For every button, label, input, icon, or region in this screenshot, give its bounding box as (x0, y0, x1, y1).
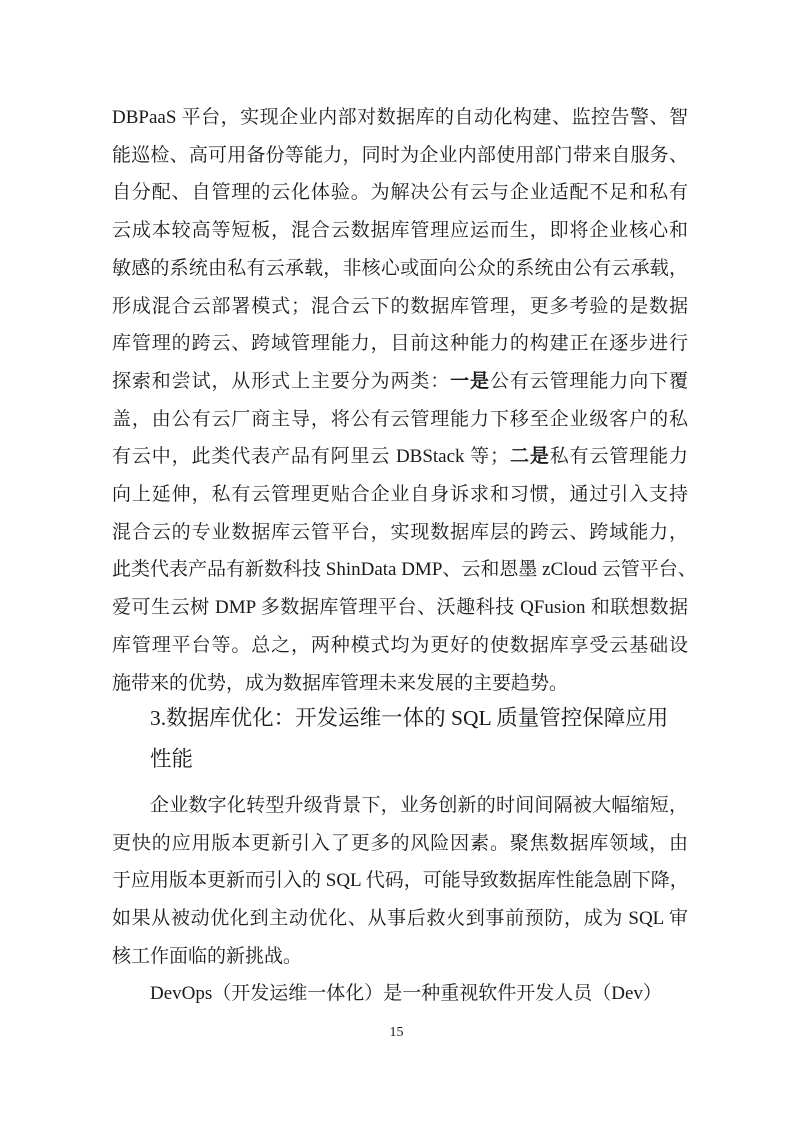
text-line: 更快的应用版本更新引入了更多的风险因素。聚焦数据库领域，由 (112, 825, 688, 863)
text-run: DevOps（开发运维一体化）是一种重视软件开发人员（Dev） (150, 983, 662, 1004)
text-line: 探索和尝试，从形式上主要分为两类：一是公有云管理能力向下覆 (112, 363, 688, 401)
text-run: 私有云管理能力 (550, 446, 688, 467)
text-run: 性能 (150, 747, 193, 771)
text-run: 有云中，此类代表产品有阿里云 DBStack 等； (112, 446, 509, 467)
text-run: 公有云管理能力向下覆 (490, 371, 688, 392)
text-line: 能巡检、高可用备份等能力，同时为企业内部使用部门带来自服务、 (112, 137, 688, 175)
text-line: 有云中，此类代表产品有阿里云 DBStack 等；二是私有云管理能力 (112, 438, 688, 476)
text-line: 敏感的系统由私有云承载，非核心或面向公众的系统由公有云承载， (112, 250, 688, 288)
paragraph-devops-intro: DevOps（开发运维一体化）是一种重视软件开发人员（Dev） (112, 975, 688, 1013)
bold-text-run: 二是 (509, 446, 550, 467)
text-run: 向上延伸，私有云管理更贴合企业自身诉求和习惯，通过引入支持 (112, 484, 688, 505)
text-run: DBPaaS 平台，实现企业内部对数据库的自动化构建、监控告警、智 (112, 107, 688, 128)
text-run: 3.数据库优化：开发运维一体的 SQL 质量管控保障应用 (150, 706, 668, 730)
text-line: 自分配、自管理的云化体验。为解决公有云与企业适配不足和私有 (112, 174, 688, 212)
text-line: DevOps（开发运维一体化）是一种重视软件开发人员（Dev） (112, 975, 688, 1013)
text-run: 此类代表产品有新数科技 ShinData DMP、云和恩墨 zCloud 云管平… (112, 559, 697, 580)
text-run: 能巡检、高可用备份等能力，同时为企业内部使用部门带来自服务、 (112, 145, 688, 166)
text-run: 敏感的系统由私有云承载，非核心或面向公众的系统由公有云承载， (112, 258, 688, 279)
text-line: 向上延伸，私有云管理更贴合企业自身诉求和习惯，通过引入支持 (112, 476, 688, 514)
text-line: 库管理平台等。总之，两种模式均为更好的使数据库享受云基础设 (112, 627, 688, 665)
text-line: 性能 (150, 739, 693, 780)
text-line: 企业数字化转型升级背景下，业务创新的时间间隔被大幅缩短， (112, 787, 688, 825)
document-page: DBPaaS 平台，实现企业内部对数据库的自动化构建、监控告警、智能巡检、高可用… (0, 0, 793, 1122)
text-line: DBPaaS 平台，实现企业内部对数据库的自动化构建、监控告警、智 (112, 99, 688, 137)
text-run: 更快的应用版本更新引入了更多的风险因素。聚焦数据库领域，由 (112, 833, 688, 854)
text-run: 如果从被动优化到主动优化、从事后救火到事前预防，成为 SQL 审 (112, 908, 688, 929)
text-line: 核工作面临的新挑战。 (112, 938, 688, 976)
text-run: 探索和尝试，从形式上主要分为两类： (112, 371, 450, 392)
text-line: 混合云的专业数据库云管平台，实现数据库层的跨云、跨域能力， (112, 514, 688, 552)
text-line: 如果从被动优化到主动优化、从事后救火到事前预防，成为 SQL 审 (112, 900, 688, 938)
text-run: 于应用版本更新而引入的 SQL 代码，可能导致数据库性能急剧下降， (112, 870, 689, 891)
section-heading-database-optimization: 3.数据库优化：开发运维一体的 SQL 质量管控保障应用性能 (150, 698, 693, 780)
text-run: 自分配、自管理的云化体验。为解决公有云与企业适配不足和私有 (112, 182, 688, 203)
text-run: 云成本较高等短板，混合云数据库管理应运而生，即将企业核心和 (112, 220, 688, 241)
text-line: 于应用版本更新而引入的 SQL 代码，可能导致数据库性能急剧下降， (112, 862, 688, 900)
text-run: 爱可生云树 DMP 多数据库管理平台、沃趣科技 QFusion 和联想数据 (112, 597, 688, 618)
text-line: 爱可生云树 DMP 多数据库管理平台、沃趣科技 QFusion 和联想数据 (112, 589, 688, 627)
text-run: 核工作面临的新挑战。 (112, 946, 302, 967)
bold-text-run: 一是 (450, 371, 490, 392)
text-run: 库管理的跨云、跨域管理能力，目前这种能力的构建正在逐步进行 (112, 333, 688, 354)
text-line: 3.数据库优化：开发运维一体的 SQL 质量管控保障应用 (150, 698, 693, 739)
text-run: 形成混合云部署模式；混合云下的数据库管理，更多考验的是数据 (112, 296, 688, 317)
paragraph-sql-quality-control: 企业数字化转型升级背景下，业务创新的时间间隔被大幅缩短，更快的应用版本更新引入了… (112, 787, 688, 976)
text-line: 盖，由公有云厂商主导，将公有云管理能力下移至企业级客户的私 (112, 401, 688, 439)
text-line: 库管理的跨云、跨域管理能力，目前这种能力的构建正在逐步进行 (112, 325, 688, 363)
text-line: 此类代表产品有新数科技 ShinData DMP、云和恩墨 zCloud 云管平… (112, 551, 688, 589)
text-run: 施带来的优势，成为数据库管理未来发展的主要趋势。 (112, 673, 568, 694)
text-run: 库管理平台等。总之，两种模式均为更好的使数据库享受云基础设 (112, 635, 688, 656)
text-run: 混合云的专业数据库云管平台，实现数据库层的跨云、跨域能力， (112, 522, 688, 543)
paragraph-dbpaas-hybrid-cloud: DBPaaS 平台，实现企业内部对数据库的自动化构建、监控告警、智能巡检、高可用… (112, 99, 688, 702)
text-line: 形成混合云部署模式；混合云下的数据库管理，更多考验的是数据 (112, 288, 688, 326)
text-line: 云成本较高等短板，混合云数据库管理应运而生，即将企业核心和 (112, 212, 688, 250)
text-line: 施带来的优势，成为数据库管理未来发展的主要趋势。 (112, 665, 688, 703)
text-run: 企业数字化转型升级背景下，业务创新的时间间隔被大幅缩短， (150, 795, 688, 816)
text-run: 盖，由公有云厂商主导，将公有云管理能力下移至企业级客户的私 (112, 409, 688, 430)
page-number: 15 (0, 1026, 793, 1040)
